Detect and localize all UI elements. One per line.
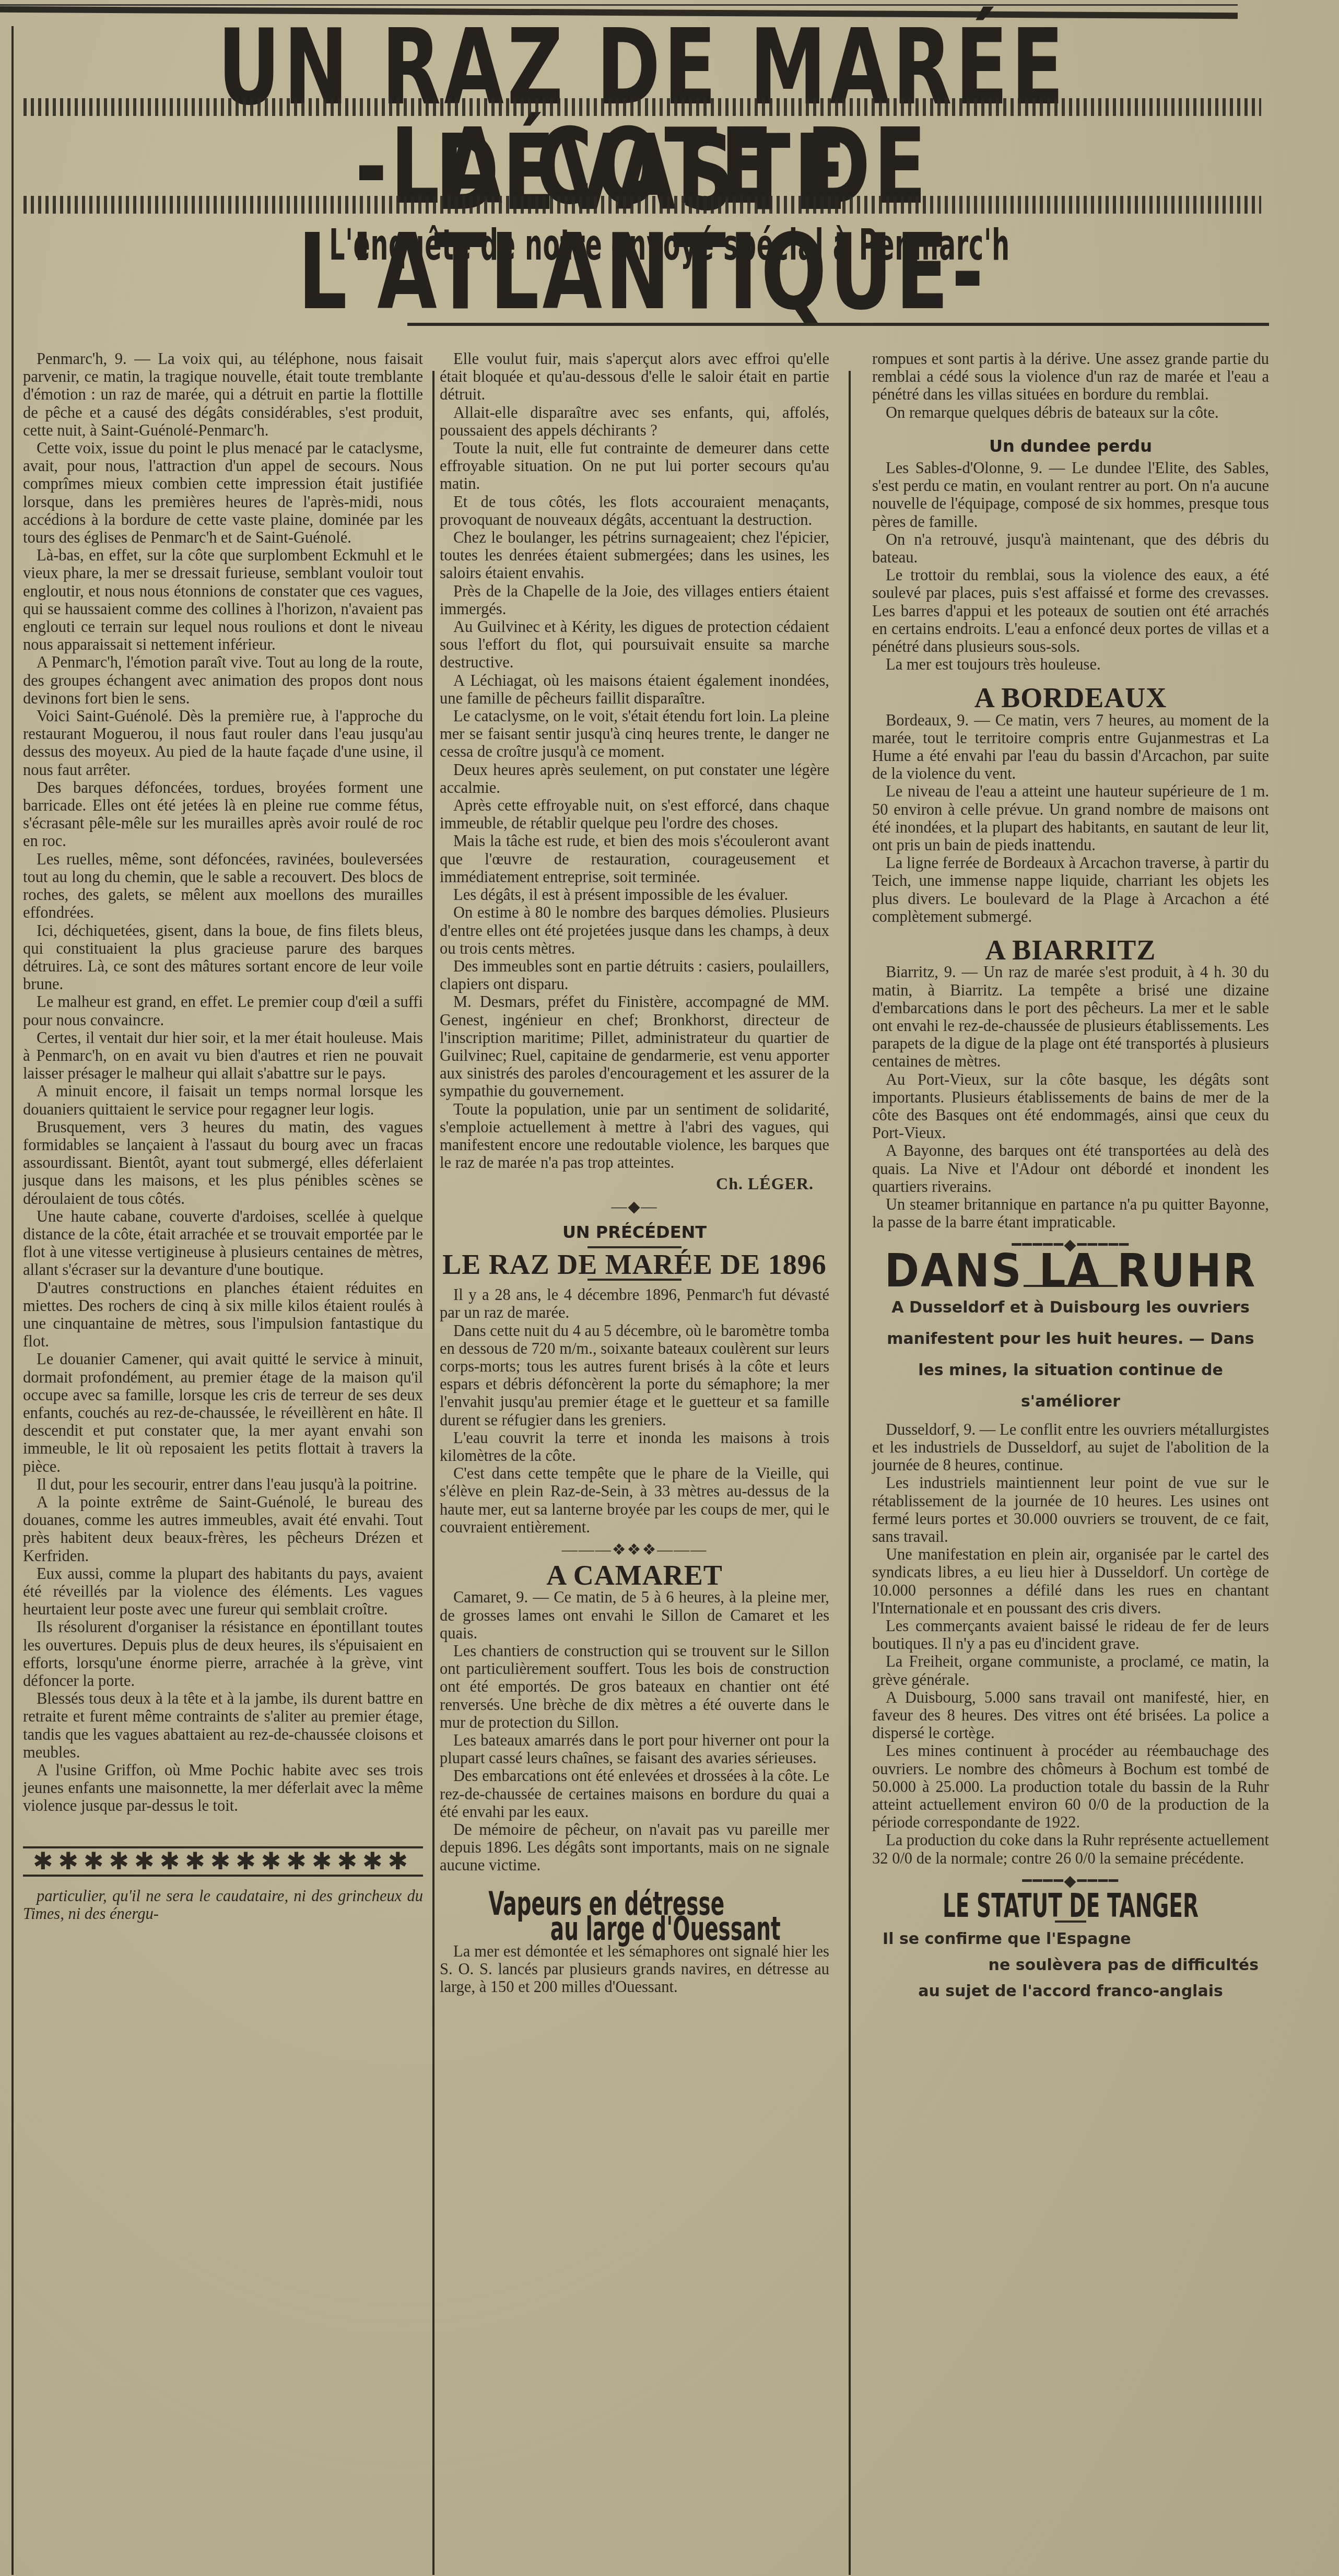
- article-paragraph: rompues et sont partis à la dérive. Une …: [872, 350, 1269, 404]
- short-rule: [588, 1246, 682, 1248]
- article-paragraph: A Bayonne, des barques ont été transport…: [872, 1142, 1269, 1196]
- byline: Ch. LÉGER.: [440, 1175, 814, 1192]
- tanger-title: LE STATUT DE TANGER: [922, 1896, 1219, 1917]
- article-paragraph: La mer est toujours très houleuse.: [872, 655, 1269, 673]
- article-paragraph: Le niveau de l'eau a atteint une hauteur…: [872, 782, 1269, 854]
- article-paragraph: Après cette effroyable nuit, on s'est ef…: [440, 797, 829, 832]
- subheadline: L'enquête de notre envoyé spécial à Penm…: [187, 219, 1152, 270]
- article-paragraph: Cette voix, issue du point le plus menac…: [23, 439, 423, 546]
- article-paragraph: Deux heures après seulement, on put cons…: [440, 761, 829, 797]
- article-paragraph: Les Sables-d'Olonne, 9. — Le dundee l'El…: [872, 459, 1269, 531]
- article-paragraph: Une manifestation en plein air, organisé…: [872, 1545, 1269, 1617]
- article-paragraph: On remarque quelques débris de bateaux s…: [872, 404, 1269, 421]
- dundee-title: Un dundee perdu: [872, 437, 1269, 455]
- article-paragraph: De mémoire de pêcheur, on n'avait pas vu…: [440, 1821, 829, 1875]
- article-paragraph: Les mines continuent à procéder au réemb…: [872, 1742, 1269, 1831]
- tanger-deck-2: ne soulèvera pas de difficultés: [883, 1954, 1259, 1977]
- article-paragraph: Blessés tous deux à la tête et à la jamb…: [23, 1690, 423, 1761]
- article-paragraph: Le trottoir du remblai, sous la violence…: [872, 566, 1269, 655]
- article-paragraph: Toute la nuit, elle fut contrainte de de…: [440, 439, 829, 493]
- article-paragraph: Les bateaux amarrés dans le port pour hi…: [440, 1731, 829, 1767]
- article-paragraph: Au Guilvinec et à Kérity, les digues de …: [440, 618, 829, 672]
- article-paragraph: A l'usine Griffon, où Mme Pochic habite …: [23, 1761, 423, 1815]
- article-paragraph: Les chantiers de construction qui se tro…: [440, 1642, 829, 1731]
- article-paragraph: Le cataclysme, on le voit, s'était étend…: [440, 707, 829, 761]
- article-paragraph: La ligne ferrée de Bordeaux à Arcachon t…: [872, 854, 1269, 926]
- precedent-kicker: UN PRÉCÉDENT: [440, 1223, 829, 1241]
- column-3: rompues et sont partis à la dérive. Une …: [867, 334, 1269, 2006]
- article-paragraph: Penmarc'h, 9. — La voix qui, au téléphon…: [23, 350, 423, 439]
- article-paragraph: M. Desmars, préfet du Finistère, accompa…: [440, 993, 829, 1100]
- section-ornament-rule: [407, 323, 1269, 326]
- article-paragraph: Camaret, 9. — Ce matin, de 5 à 6 heures,…: [440, 1588, 829, 1642]
- article-paragraph: La mer est démontée et les sémaphores on…: [440, 1942, 829, 1996]
- article-paragraph: Dusseldorf, 9. — Le conflit entre les ou…: [872, 1421, 1269, 1474]
- article-paragraph: On estime à 80 le nombre des barques dém…: [440, 904, 829, 957]
- article-paragraph: Le malheur est grand, en effet. Le premi…: [23, 993, 423, 1028]
- article-paragraph: Des immeubles sont en partie détruits : …: [440, 957, 829, 993]
- article-paragraph: La Freiheit, organe communiste, a procla…: [872, 1653, 1269, 1688]
- article-paragraph: Il dut, pour les secourir, entrer dans l…: [23, 1476, 423, 1493]
- article-paragraph: A minuit encore, il faisait un temps nor…: [23, 1082, 423, 1118]
- article-paragraph: Elle voulut fuir, mais s'aperçut alors a…: [440, 350, 829, 404]
- article-paragraph: A Léchiagat, où les maisons étaient égal…: [440, 672, 829, 707]
- article-paragraph: Il y a 28 ans, le 4 décembre 1896, Penma…: [440, 1286, 829, 1321]
- article-paragraph: Et de tous côtés, les flots accouraient …: [440, 493, 829, 529]
- article-paragraph: Ici, déchiquetées, gisent, dans la boue,…: [23, 922, 423, 993]
- column-2: Elle voulut fuir, mais s'aperçut alors a…: [434, 334, 841, 1996]
- article-paragraph: Voici Saint-Guénolé. Dès la première rue…: [23, 707, 423, 779]
- precedent-title: LE RAZ DE MARÉE DE 1896: [440, 1256, 829, 1273]
- column-1: Penmarc'h, 9. — La voix qui, au téléphon…: [13, 329, 434, 1923]
- tanger-deck-1: Il se confirme que l'Espagne: [883, 1928, 1259, 1951]
- article-paragraph: Des barques défoncées, tordues, broyées …: [23, 779, 423, 850]
- article-paragraph: Les ruelles, même, sont défoncées, ravin…: [23, 850, 423, 922]
- article-paragraph: Toute la population, unie par un sentime…: [440, 1100, 829, 1172]
- article-paragraph: Les commerçants avaient baissé le rideau…: [872, 1617, 1269, 1653]
- article-paragraph: Les industriels maintiennent leur point …: [872, 1474, 1269, 1545]
- article-paragraph: Près de la Chapelle de la Joie, des vill…: [440, 582, 829, 618]
- article-paragraph: Eux aussi, comme la plupart des habitant…: [23, 1565, 423, 1619]
- tanger-deck-3: au sujet de l'accord franco-anglais: [883, 1980, 1259, 2003]
- article-paragraph: L'eau couvrit la terre et inonda les mai…: [440, 1429, 829, 1465]
- continued-fragment: particulier, qu'il ne sera le caudataire…: [23, 1887, 423, 1923]
- vapeurs-title-2: au large d'Ouessant: [488, 1918, 781, 1940]
- camaret-title: A CAMARET: [440, 1566, 829, 1584]
- ornament-divider: ———❖❖❖———: [440, 1541, 829, 1559]
- ruhr-deck: A Dusseldorf et à Duisbourg les ouvriers…: [883, 1292, 1259, 1418]
- article-paragraph: Bordeaux, 9. — Ce matin, vers 7 heures, …: [872, 711, 1269, 783]
- top-thin-rule: [0, 4, 1238, 6]
- bordeaux-title: A BORDEAUX: [872, 689, 1269, 707]
- article-paragraph: Une haute cabane, couverte d'ardoises, s…: [23, 1208, 423, 1279]
- newspaper-page: UN RAZ DE MARÉE DÉVASTE -LA COTE DE L'AT…: [0, 0, 1339, 2576]
- ornament-divider: —◆—: [440, 1198, 829, 1216]
- article-paragraph: A Penmarc'h, l'émotion paraît vive. Tout…: [23, 653, 423, 707]
- article-paragraph: Au Port-Vieux, sur la côte basque, les d…: [872, 1071, 1269, 1142]
- article-paragraph: On n'a retrouvé, jusqu'à maintenant, que…: [872, 531, 1269, 566]
- article-paragraph: La production du coke dans la Ruhr repré…: [872, 1831, 1269, 1867]
- article-paragraph: Le douanier Camener, qui avait quitté le…: [23, 1350, 423, 1475]
- article-paragraph: Dans cette nuit du 4 au 5 décembre, où l…: [440, 1322, 829, 1429]
- article-paragraph: Allait-elle disparaître avec ses enfants…: [440, 404, 829, 439]
- article-paragraph: Biarritz, 9. — Un raz de marée s'est pro…: [872, 963, 1269, 1070]
- article-paragraph: Ils résolurent d'organiser la résistance…: [23, 1618, 423, 1690]
- article-paragraph: Un steamer britannique en partance n'a p…: [872, 1196, 1269, 1231]
- column-divider: [849, 371, 851, 2575]
- article-paragraph: Des embarcations ont été enlevées et dro…: [440, 1767, 829, 1821]
- article-paragraph: A la pointe extrême de Saint-Guénolé, le…: [23, 1493, 423, 1565]
- article-paragraph: Là-bas, en effet, sur la côte que surplo…: [23, 546, 423, 653]
- article-paragraph: Les dégâts, il est à présent impossible …: [440, 886, 829, 904]
- biarritz-title: A BIARRITZ: [872, 941, 1269, 959]
- article-paragraph: Certes, il ventait dur hier soir, et la …: [23, 1029, 423, 1083]
- diamond-ornament-rule: [24, 196, 1261, 214]
- star-ornament-box: ✱✱✱✱✱✱✱✱✱✱✱✱✱✱✱: [23, 1846, 423, 1877]
- article-paragraph: Brusquement, vers 3 heures du matin, des…: [23, 1118, 423, 1208]
- article-paragraph: A Duisbourg, 5.000 sans travail ont mani…: [872, 1689, 1269, 1742]
- ruhr-title: DANS LA RUHR: [872, 1261, 1269, 1281]
- article-paragraph: Chez le boulanger, les pétrins surnageai…: [440, 529, 829, 582]
- article-paragraph: C'est dans cette tempête que le phare de…: [440, 1465, 829, 1536]
- article-paragraph: D'autres constructions en planches étaie…: [23, 1279, 423, 1351]
- article-paragraph: Mais la tâche est rude, et bien des mois…: [440, 832, 829, 886]
